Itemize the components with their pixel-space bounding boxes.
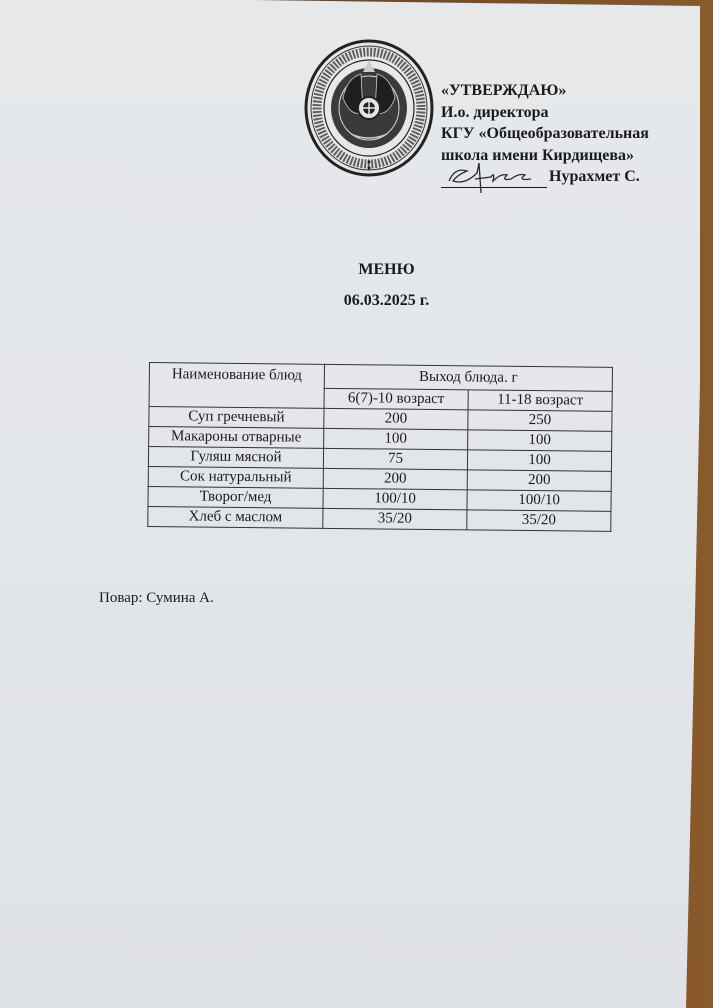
cell-dish: Макароны отварные (149, 427, 324, 449)
cell-dish: Гуляш мясной (148, 447, 323, 469)
cell-age-11-18: 35/20 (467, 510, 611, 532)
approval-heading: «УТВЕРЖДАЮ» (441, 80, 649, 102)
cell-age-6-10: 100 (324, 428, 468, 450)
header-yield: Выход блюда. г (324, 364, 612, 391)
document-date: 06.03.2025 г. (30, 292, 713, 310)
paper-sheet: «УТВЕРЖДАЮ» И.о. директора КГУ «Общеобра… (0, 0, 700, 1008)
table-row: Хлеб с маслом35/2035/20 (148, 506, 611, 531)
cell-dish: Суп гречневый (149, 407, 324, 429)
subheader-age-6-10: 6(7)-10 возраст (324, 388, 468, 410)
header-dish-name: Наименование блюд (149, 363, 324, 409)
cell-dish: Хлеб с маслом (148, 506, 323, 528)
approval-position: И.о. директора (441, 102, 649, 124)
table-header-row: Наименование блюд Выход блюда. г (149, 363, 612, 392)
cell-age-11-18: 100 (467, 450, 611, 472)
cell-age-6-10: 35/20 (323, 508, 467, 530)
cell-age-11-18: 100/10 (467, 490, 611, 512)
cell-age-11-18: 200 (467, 470, 611, 492)
cell-dish: Сок натуральный (148, 466, 323, 488)
approval-org-line-1: КГУ «Общеобразовательная (441, 123, 649, 145)
menu-table: Наименование блюд Выход блюда. г 6(7)-10… (147, 362, 613, 532)
signature-icon (441, 169, 547, 188)
signature-line: Нурахмет С. (441, 166, 649, 188)
cell-age-11-18: 250 (468, 410, 612, 432)
cook-name: Повар: Сумина А. (99, 590, 214, 607)
cell-age-6-10: 200 (323, 468, 467, 490)
cell-age-6-10: 100/10 (323, 488, 467, 510)
cell-age-6-10: 200 (324, 408, 468, 430)
signatory-name: Нурахмет С. (549, 168, 640, 185)
kazakhstan-emblem-seal-icon (303, 38, 435, 178)
cell-age-6-10: 75 (323, 448, 467, 470)
cell-dish: Творог/мед (148, 486, 323, 508)
subheader-age-11-18: 11-18 возраст (468, 390, 612, 412)
approval-block: «УТВЕРЖДАЮ» И.о. директора КГУ «Общеобра… (441, 80, 649, 188)
cell-age-11-18: 100 (468, 430, 612, 452)
document-title: МЕНЮ (30, 261, 713, 279)
